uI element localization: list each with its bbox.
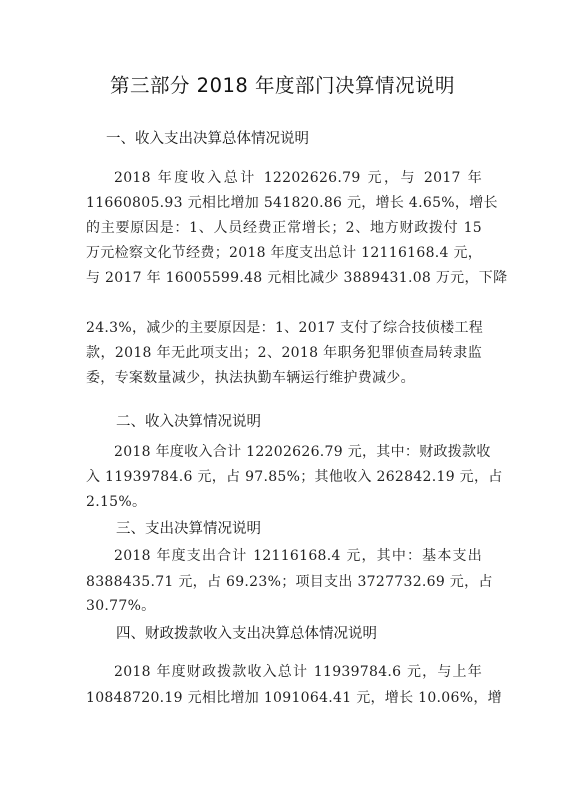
paragraph-line: 24.3%，减少的主要原因是：1、2017 支付了综合技侦楼工程 [86,317,482,337]
paragraph-line: 款，2018 年无此项支出；2、2018 年职务犯罪侦查局转隶监 [86,342,482,362]
paragraph-line: 万元检察文化节经费；2018 年度支出总计 12116168.4 元， [86,242,482,262]
section-heading-4: 四、财政拨款收入支出决算总体情况说明 [116,622,377,643]
document-page: 第三部分 2018 年度部门决算情况说明 一、收入支出决算总体情况说明 2018… [0,0,565,800]
paragraph-line: 2018 年度支出合计 12116168.4 元，其中：基本支出 [114,545,482,565]
page-title: 第三部分 2018 年度部门决算情况说明 [0,70,565,98]
paragraph-line: 2018 年度财政拨款收入总计 11939784.6 元，与上年 [114,661,482,681]
section-heading-1: 一、收入支出决算总体情况说明 [106,127,309,148]
paragraph-line: 2018 年度收入总计 12202626.79 元，与 2017 年 [114,167,482,187]
paragraph-line: 与 2017 年 16005599.48 元相比减少 3889431.08 万元… [86,267,482,287]
paragraph-line: 入 11939784.6 元，占 97.85%；其他收入 262842.19 元… [86,466,482,486]
paragraph-line: 的主要原因是：1、人员经费正常增长；2、地方财政拨付 15 [86,217,482,237]
paragraph-line: 8388435.71 元，占 69.23%；项目支出 3727732.69 元，… [86,571,482,591]
paragraph-line: 委，专案数量减少，执法执勤车辆运行维护费减少。 [86,367,482,387]
section-heading-3: 三、支出决算情况说明 [116,517,261,538]
paragraph-line: 2018 年度收入合计 12202626.79 元，其中：财政拨款收 [114,441,482,461]
paragraph-line: 2.15%。 [86,491,482,511]
paragraph-line: 11660805.93 元相比增加 541820.86 元，增长 4.65%，增… [86,192,482,212]
paragraph-line: 30.77%。 [86,595,482,615]
paragraph-line: 10848720.19 元相比增加 1091064.41 元，增长 10.06%… [86,687,482,707]
section-heading-2: 二、收入决算情况说明 [116,410,261,431]
